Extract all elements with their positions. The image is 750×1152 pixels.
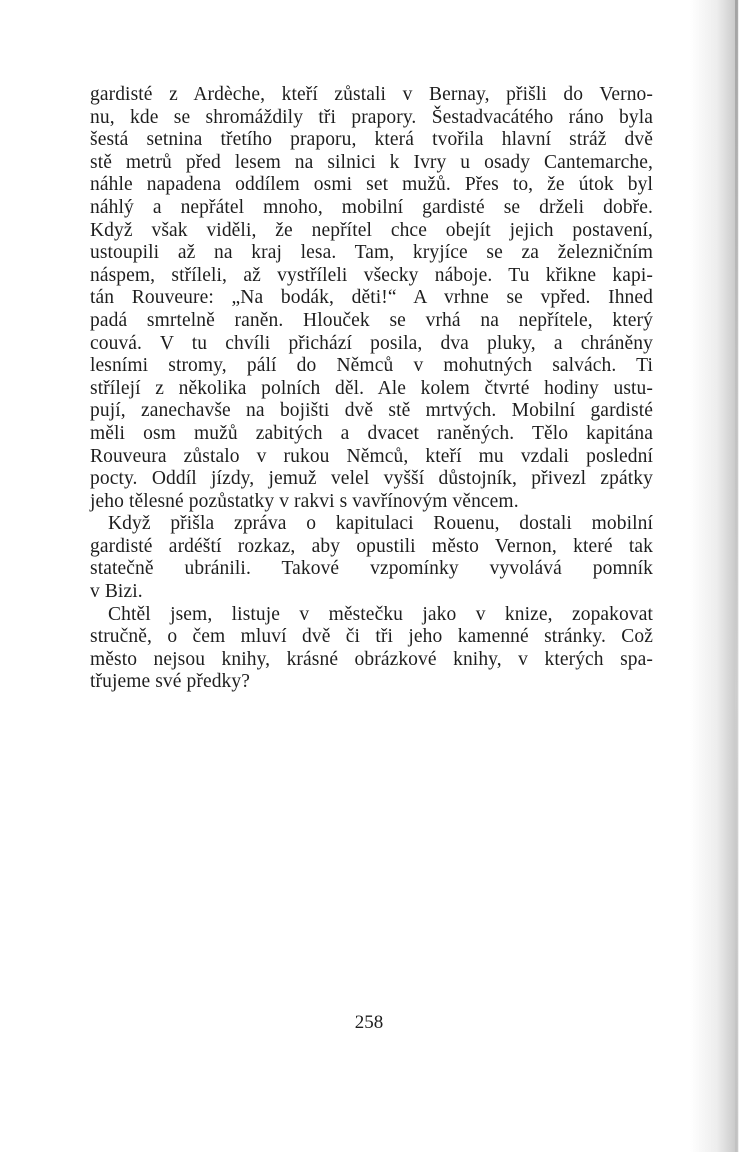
text-line: měli osm mužů zabitých a dvacet raněných… [90,423,653,446]
text-line: náspem, stříleli, až vystříleli všecky n… [90,265,653,288]
text-line: náhle napadena oddílem osmi set mužů. Př… [90,174,653,197]
text-line: statečně ubránili. Takové vzpomínky vyvo… [90,558,653,581]
text-line: tán Rouveure: „Na bodák, děti!“ A vrhne … [90,287,653,310]
text-line: ustoupili až na kraj lesa. Tam, kryjíce … [90,242,653,265]
page-body-text: gardisté z Ardèche, kteří zůstali v Bern… [90,84,653,694]
text-line: stručně, o čem mluví dvě či tři jeho kam… [90,626,653,649]
text-line: stě metrů před lesem na silnici k Ivry u… [90,152,653,175]
page-number: 258 [0,1012,744,1034]
text-line: padá smrtelně raněn. Hlouček se vrhá na … [90,310,653,333]
text-line: Chtěl jsem, listuje v městečku jako v kn… [90,604,653,627]
text-line: pocty. Oddíl jízdy, jemuž velel vyšší dů… [90,468,653,491]
text-line: město nejsou knihy, krásné obrázkové kni… [90,649,653,672]
book-spine-edge [735,0,738,1152]
text-line: lesními stromy, pálí do Němců v mohutnýc… [90,355,653,378]
paragraph-3: Chtěl jsem, listuje v městečku jako v kn… [90,604,653,694]
text-line: Rouveura zůstalo v rukou Němců, kteří mu… [90,446,653,469]
paragraph-1: gardisté z Ardèche, kteří zůstali v Bern… [90,84,653,513]
text-line: v Bizi. [90,581,653,604]
text-line: náhlý a nepřátel mnoho, mobilní gardisté… [90,197,653,220]
text-line: gardisté z Ardèche, kteří zůstali v Bern… [90,84,653,107]
text-line: střílejí z několika polních děl. Ale kol… [90,378,653,401]
text-line: Když však viděli, že nepřítel chce obejí… [90,220,653,243]
text-line: třujeme své předky? [90,671,653,694]
text-line: couvá. V tu chvíli přichází posila, dva … [90,333,653,356]
text-line: šestá setnina třetího praporu, která tvo… [90,129,653,152]
paragraph-2: Když přišla zpráva o kapitulaci Rouenu, … [90,513,653,603]
text-line: nu, kde se shromáždily tři prapory. Šest… [90,107,653,130]
text-line: gardisté ardéští rozkaz, aby opustili mě… [90,536,653,559]
text-line: Když přišla zpráva o kapitulaci Rouenu, … [90,513,653,536]
text-line: pují, zanechavše na bojišti dvě stě mrtv… [90,400,653,423]
text-line: jeho tělesné pozůstatky v rakvi s vavřín… [90,491,653,514]
book-spine-shadow [690,0,750,1152]
